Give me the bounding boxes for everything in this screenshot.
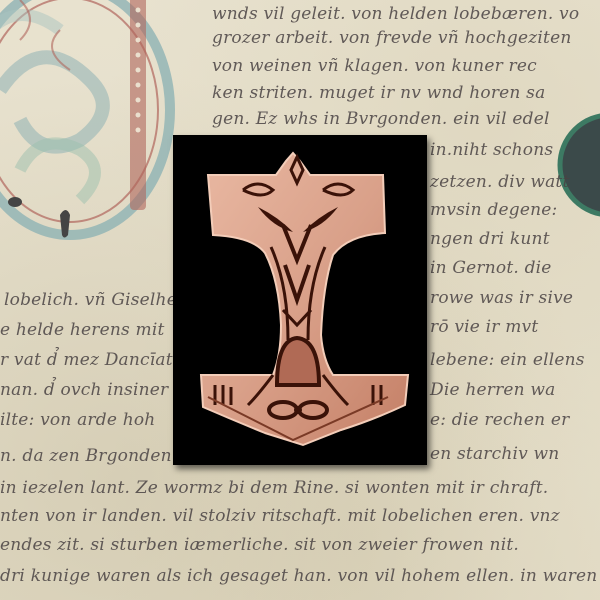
text-line: lebene: ein ellens [430, 350, 585, 370]
text-line: lobelich. vñ Giselher [4, 290, 185, 310]
text-line: r vat d̉ mez Dancīat. [0, 350, 178, 370]
text-line: en starchiv wn [430, 444, 559, 464]
text-line: ilte: von arde hoh [0, 410, 155, 430]
text-line: Die herren wa [430, 380, 556, 400]
text-line: nan. d̉ ovch insiner [0, 380, 168, 400]
text-line: mvsin degene: [430, 200, 557, 220]
text-line: in.niht schons [430, 140, 553, 160]
text-line: grozer arbeit. von frevde vñ hochgeziten [212, 28, 571, 48]
text-line: n. da zen Brgonden. [0, 446, 177, 466]
thors-hammer-pendant-icon [173, 135, 427, 465]
text-line: in iezelen lant. Ze wormz bi dem Rine. s… [0, 478, 548, 498]
seal-icon [550, 110, 600, 230]
text-line: von weinen vñ klagen. von kuner rec [212, 56, 537, 76]
text-line: e helde herens mit [0, 320, 165, 340]
text-line: zetzen. div watt [430, 172, 570, 192]
text-line: nten von ir landen. vil stolziv ritschaf… [0, 506, 560, 526]
text-line: endes zit. si sturben iæmerliche. sit vo… [0, 535, 519, 555]
text-line: dri kunige waren als ich gesaget han. vo… [0, 566, 597, 586]
text-line: rowe was ir sive [430, 288, 573, 308]
text-line: ken striten. muget ir nv wnd horen sa [212, 83, 545, 103]
text-line: e: die rechen er [430, 410, 569, 430]
illuminated-initial-icon [0, 0, 190, 250]
text-line: wnds vil geleit. von helden lobebæren. v… [212, 4, 579, 24]
text-line: rō vie ir mvt [430, 317, 538, 337]
text-line: in Gernot. die [430, 258, 552, 278]
text-line: gen. Ez whs in Bvrgonden. ein vil edel [212, 109, 550, 129]
text-line: ngen dri kunt [430, 229, 550, 249]
pendant-photo [173, 135, 427, 465]
